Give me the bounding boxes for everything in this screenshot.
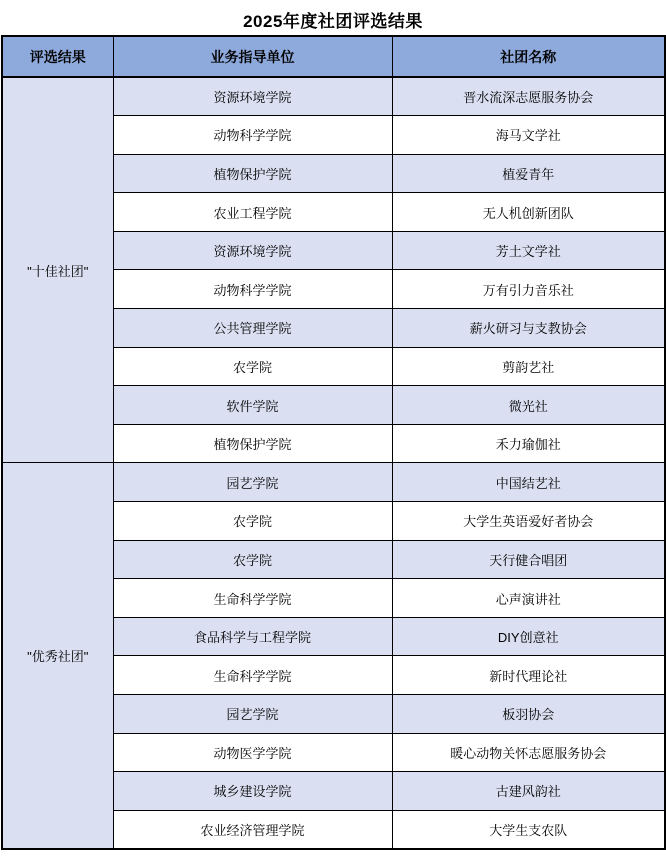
unit-cell: 动物科学学院 <box>113 270 392 309</box>
unit-cell: 园艺学院 <box>113 695 392 734</box>
unit-cell: 农业工程学院 <box>113 193 392 232</box>
column-header-unit: 业务指导单位 <box>113 36 392 77</box>
unit-cell: 资源环境学院 <box>113 77 392 116</box>
club-cell: 无人机创新团队 <box>392 193 665 232</box>
club-cell: 薪火研习与支教协会 <box>392 309 665 348</box>
unit-cell: 动物科学学院 <box>113 116 392 155</box>
unit-cell: 生命科学学院 <box>113 656 392 695</box>
unit-cell: 农学院 <box>113 347 392 386</box>
result-group-cell: "优秀社团" <box>2 463 113 849</box>
unit-cell: 动物医学学院 <box>113 733 392 772</box>
club-cell: 板羽协会 <box>392 695 665 734</box>
unit-cell: 植物保护学院 <box>113 154 392 193</box>
club-cell: 晋水流深志愿服务协会 <box>392 77 665 116</box>
table-body: "十佳社团"资源环境学院晋水流深志愿服务协会动物科学学院海马文学社植物保护学院植… <box>2 77 665 849</box>
results-table: 评选结果 业务指导单位 社团名称 "十佳社团"资源环境学院晋水流深志愿服务协会动… <box>1 35 666 850</box>
table-row: "十佳社团"资源环境学院晋水流深志愿服务协会 <box>2 77 665 116</box>
unit-cell: 植物保护学院 <box>113 424 392 463</box>
table-header: 评选结果 业务指导单位 社团名称 <box>2 36 665 77</box>
club-cell: 植爱青年 <box>392 154 665 193</box>
unit-cell: 农学院 <box>113 502 392 541</box>
page-title: 2025年度社团评选结果 <box>0 0 666 35</box>
club-cell: 古建风韵社 <box>392 772 665 811</box>
unit-cell: 生命科学学院 <box>113 579 392 618</box>
unit-cell: 资源环境学院 <box>113 231 392 270</box>
club-cell: 心声演讲社 <box>392 579 665 618</box>
club-cell: 大学生支农队 <box>392 810 665 849</box>
header-row: 评选结果 业务指导单位 社团名称 <box>2 36 665 77</box>
club-cell: 剪韵艺社 <box>392 347 665 386</box>
club-cell: 中国结艺社 <box>392 463 665 502</box>
club-cell: 天行健合唱团 <box>392 540 665 579</box>
club-cell: 芳土文学社 <box>392 231 665 270</box>
column-header-club: 社团名称 <box>392 36 665 77</box>
club-cell: 海马文学社 <box>392 116 665 155</box>
unit-cell: 农业经济管理学院 <box>113 810 392 849</box>
unit-cell: 农学院 <box>113 540 392 579</box>
unit-cell: 食品科学与工程学院 <box>113 617 392 656</box>
table-row: "优秀社团"园艺学院中国结艺社 <box>2 463 665 502</box>
club-cell: DIY创意社 <box>392 617 665 656</box>
club-cell: 禾力瑜伽社 <box>392 424 665 463</box>
result-group-cell: "十佳社团" <box>2 77 113 463</box>
club-cell: 大学生英语爱好者协会 <box>392 502 665 541</box>
unit-cell: 软件学院 <box>113 386 392 425</box>
page: 2025年度社团评选结果 评选结果 业务指导单位 社团名称 "十佳社团"资源环境… <box>0 0 666 857</box>
column-header-result: 评选结果 <box>2 36 113 77</box>
club-cell: 微光社 <box>392 386 665 425</box>
unit-cell: 公共管理学院 <box>113 309 392 348</box>
club-cell: 新时代理论社 <box>392 656 665 695</box>
club-cell: 万有引力音乐社 <box>392 270 665 309</box>
club-cell: 暖心动物关怀志愿服务协会 <box>392 733 665 772</box>
unit-cell: 城乡建设学院 <box>113 772 392 811</box>
unit-cell: 园艺学院 <box>113 463 392 502</box>
